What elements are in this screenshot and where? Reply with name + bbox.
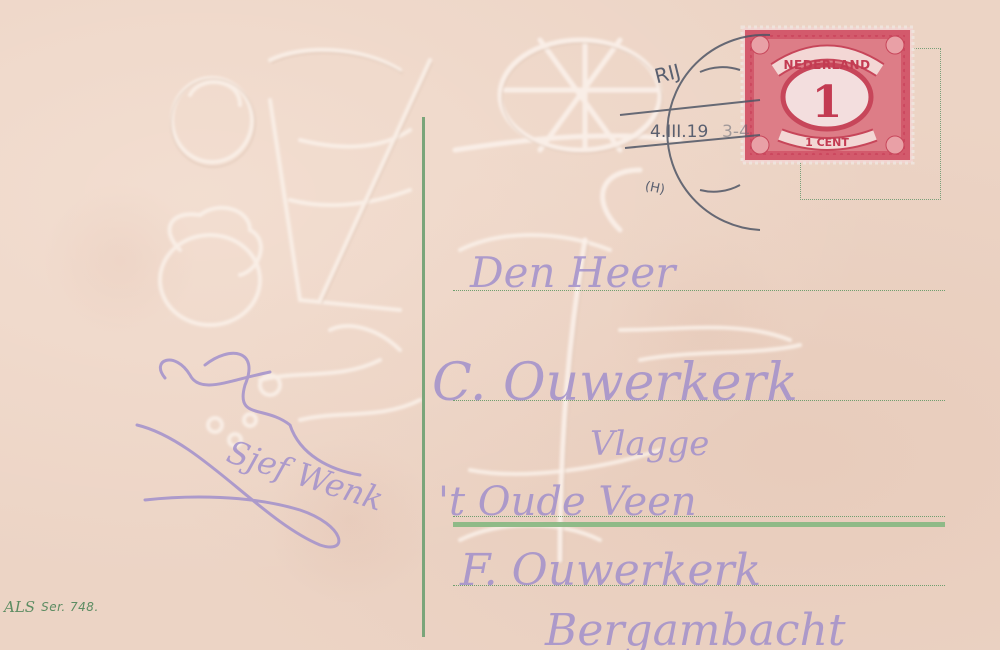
postcard-back: NEDERLAND 1 1 CENT RIJ 4.III.19 3-4 (H) … [0, 0, 1000, 650]
signature: Sjef Wenk [0, 0, 1000, 650]
publisher-logo: ALS [4, 598, 35, 616]
series-number: Ser. 748. [41, 600, 99, 614]
signature-text: Sjef Wenk [222, 432, 388, 518]
publisher-mark: ALS Ser. 748. [4, 598, 99, 616]
